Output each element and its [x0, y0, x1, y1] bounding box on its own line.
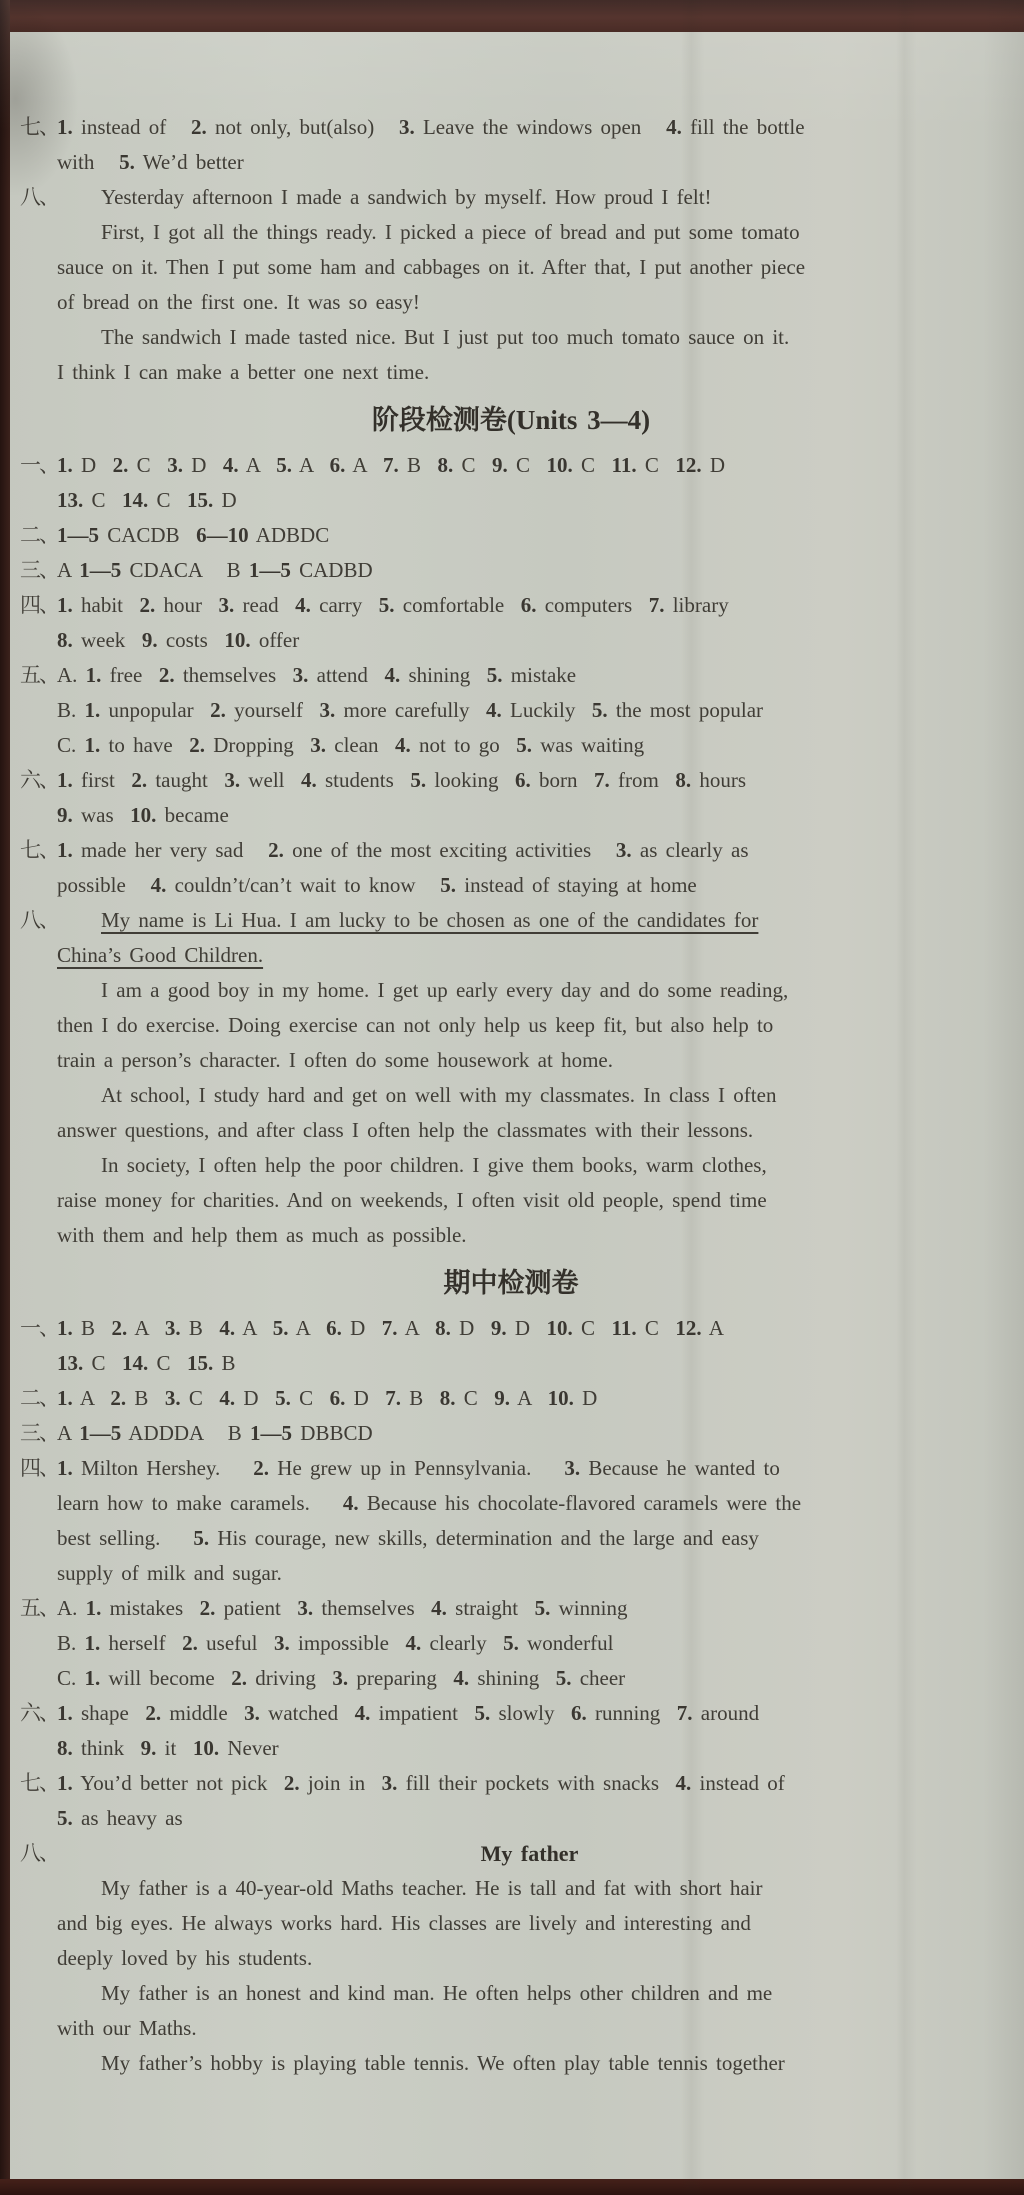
answer-block: 四、1. habit 2. hour 3. read 4. carry 5. c… — [20, 588, 1002, 658]
text-line: My father is an honest and kind man. He … — [57, 1976, 1002, 2011]
section-marker: 六、 — [20, 763, 58, 798]
text-line: train a person’s character. I often do s… — [57, 1043, 1002, 1078]
text-line: 1—5 CACDB 6—10 ADBDC — [57, 518, 1002, 553]
text-line: A 1—5 CDACA B 1—5 CADBD — [57, 553, 1002, 588]
text-line: At school, I study hard and get on well … — [57, 1078, 1002, 1113]
essay-title: My father — [57, 1836, 1002, 1871]
answer-block: 五、A. 1. mistakes 2. patient 3. themselve… — [20, 1591, 1002, 1696]
answer-block: 一、1. B 2. A 3. B 4. A 5. A 6. D 7. A 8. … — [20, 1311, 1002, 1381]
answer-block: 二、1—5 CACDB 6—10 ADBDC — [20, 518, 1002, 553]
page-content: 七、1. instead of 2. not only, but(also) 3… — [20, 110, 1002, 2081]
section-marker: 二、 — [20, 518, 58, 553]
section-marker: 七、 — [20, 110, 58, 145]
text-line: A. 1. free 2. themselves 3. attend 4. sh… — [57, 658, 1002, 693]
text-line: First, I got all the things ready. I pic… — [57, 215, 1002, 250]
section-marker: 五、 — [20, 658, 58, 693]
text-line: 5. as heavy as — [57, 1801, 1002, 1836]
text-line: 1. D 2. C 3. D 4. A 5. A 6. A 7. B 8. C … — [57, 448, 1002, 483]
answer-block: 一、1. D 2. C 3. D 4. A 5. A 6. A 7. B 8. … — [20, 448, 1002, 518]
text-line: 13. C 14. C 15. D — [57, 483, 1002, 518]
text-line: with our Maths. — [57, 2011, 1002, 2046]
section-marker: 七、 — [20, 1766, 58, 1801]
essay-block: 八、Yesterday afternoon I made a sandwich … — [20, 180, 1002, 390]
section-marker: 六、 — [20, 1696, 58, 1731]
answer-block: 六、1. shape 2. middle 3. watched 4. impat… — [20, 1696, 1002, 1766]
text-line: I think I can make a better one next tim… — [57, 355, 1002, 390]
page-border-top — [0, 0, 1024, 32]
text-line: My father’s hobby is playing table tenni… — [57, 2046, 1002, 2081]
text-line: then I do exercise. Doing exercise can n… — [57, 1008, 1002, 1043]
text-line: My father is a 40-year-old Maths teacher… — [57, 1871, 1002, 1906]
answer-block: 三、A 1—5 ADDDA B 1—5 DBBCD — [20, 1416, 1002, 1451]
text-line: 1. made her very sad 2. one of the most … — [57, 833, 1002, 868]
text-line: 1. shape 2. middle 3. watched 4. impatie… — [57, 1696, 1002, 1731]
text-line: 1. Milton Hershey. 2. He grew up in Penn… — [57, 1451, 1002, 1486]
section-marker: 八、 — [20, 903, 58, 938]
text-line: raise money for charities. And on weeken… — [57, 1183, 1002, 1218]
text-line: A. 1. mistakes 2. patient 3. themselves … — [57, 1591, 1002, 1626]
text-line: A 1—5 ADDDA B 1—5 DBBCD — [57, 1416, 1002, 1451]
text-line: In society, I often help the poor childr… — [57, 1148, 1002, 1183]
text-line: C. 1. will become 2. driving 3. preparin… — [57, 1661, 1002, 1696]
text-line: with them and help them as much as possi… — [57, 1218, 1002, 1253]
text-line: C. 1. to have 2. Dropping 3. clean 4. no… — [57, 728, 1002, 763]
text-line: 1. B 2. A 3. B 4. A 5. A 6. D 7. A 8. D … — [57, 1311, 1002, 1346]
page-border-left — [0, 0, 10, 2195]
answer-block: 三、A 1—5 CDACA B 1—5 CADBD — [20, 553, 1002, 588]
essay-block: 八、My fatherMy father is a 40-year-old Ma… — [20, 1836, 1002, 2081]
section-marker: 八、 — [20, 180, 58, 215]
answer-block: 七、1. You’d better not pick 2. join in 3.… — [20, 1766, 1002, 1836]
text-line: supply of milk and sugar. — [57, 1556, 1002, 1591]
section-marker: 三、 — [20, 1416, 58, 1451]
text-line: B. 1. unpopular 2. yourself 3. more care… — [57, 693, 1002, 728]
section-marker: 四、 — [20, 588, 58, 623]
text-line: possible 4. couldn’t/can’t wait to know … — [57, 868, 1002, 903]
section-marker: 四、 — [20, 1451, 58, 1486]
text-line: 1. You’d better not pick 2. join in 3. f… — [57, 1766, 1002, 1801]
section-marker: 八、 — [20, 1836, 58, 1871]
text-line: 13. C 14. C 15. B — [57, 1346, 1002, 1381]
text-line: I am a good boy in my home. I get up ear… — [57, 973, 1002, 1008]
section-heading-text: 期中检测卷 — [20, 1259, 1002, 1307]
text-line: learn how to make caramels. 4. Because h… — [57, 1486, 1002, 1521]
section-marker: 一、 — [20, 448, 58, 483]
section-marker: 二、 — [20, 1381, 58, 1416]
text-line: 9. was 10. became — [57, 798, 1002, 833]
text-line: 1. first 2. taught 3. well 4. students 5… — [57, 763, 1002, 798]
text-line: B. 1. herself 2. useful 3. impossible 4.… — [57, 1626, 1002, 1661]
text-line: Yesterday afternoon I made a sandwich by… — [57, 180, 1002, 215]
text-line: China’s Good Children. — [57, 938, 1002, 973]
page-border-bottom — [0, 2179, 1024, 2195]
answer-block: 四、1. Milton Hershey. 2. He grew up in Pe… — [20, 1451, 1002, 1591]
text-line: 1. habit 2. hour 3. read 4. carry 5. com… — [57, 588, 1002, 623]
text-line: 1. A 2. B 3. C 4. D 5. C 6. D 7. B 8. C … — [57, 1381, 1002, 1416]
section-marker: 一、 — [20, 1311, 58, 1346]
answer-block: 七、1. instead of 2. not only, but(also) 3… — [20, 110, 1002, 180]
section-heading-text: 阶段检测卷(Units 3—4) — [20, 396, 1002, 444]
text-line: 8. week 9. costs 10. offer — [57, 623, 1002, 658]
text-line: with 5. We’d better — [57, 145, 1002, 180]
answer-block: 二、1. A 2. B 3. C 4. D 5. C 6. D 7. B 8. … — [20, 1381, 1002, 1416]
text-line: 1. instead of 2. not only, but(also) 3. … — [57, 110, 1002, 145]
section-marker: 七、 — [20, 833, 58, 868]
section-marker: 五、 — [20, 1591, 58, 1626]
text-line: The sandwich I made tasted nice. But I j… — [57, 320, 1002, 355]
text-line: best selling. 5. His courage, new skills… — [57, 1521, 1002, 1556]
text-line: and big eyes. He always works hard. His … — [57, 1906, 1002, 1941]
text-line: of bread on the first one. It was so eas… — [57, 285, 1002, 320]
answer-block: 五、A. 1. free 2. themselves 3. attend 4. … — [20, 658, 1002, 763]
section-heading: 期中检测卷 — [20, 1259, 1002, 1307]
text-line: answer questions, and after class I ofte… — [57, 1113, 1002, 1148]
text-line: 8. think 9. it 10. Never — [57, 1731, 1002, 1766]
text-line: deeply loved by his students. — [57, 1941, 1002, 1976]
answer-block: 七、1. made her very sad 2. one of the mos… — [20, 833, 1002, 903]
answer-block: 六、1. first 2. taught 3. well 4. students… — [20, 763, 1002, 833]
essay-block: 八、My name is Li Hua. I am lucky to be ch… — [20, 903, 1002, 1253]
section-heading: 阶段检测卷(Units 3—4) — [20, 396, 1002, 444]
text-line: sauce on it. Then I put some ham and cab… — [57, 250, 1002, 285]
section-marker: 三、 — [20, 553, 58, 588]
text-line: My name is Li Hua. I am lucky to be chos… — [57, 903, 1002, 938]
